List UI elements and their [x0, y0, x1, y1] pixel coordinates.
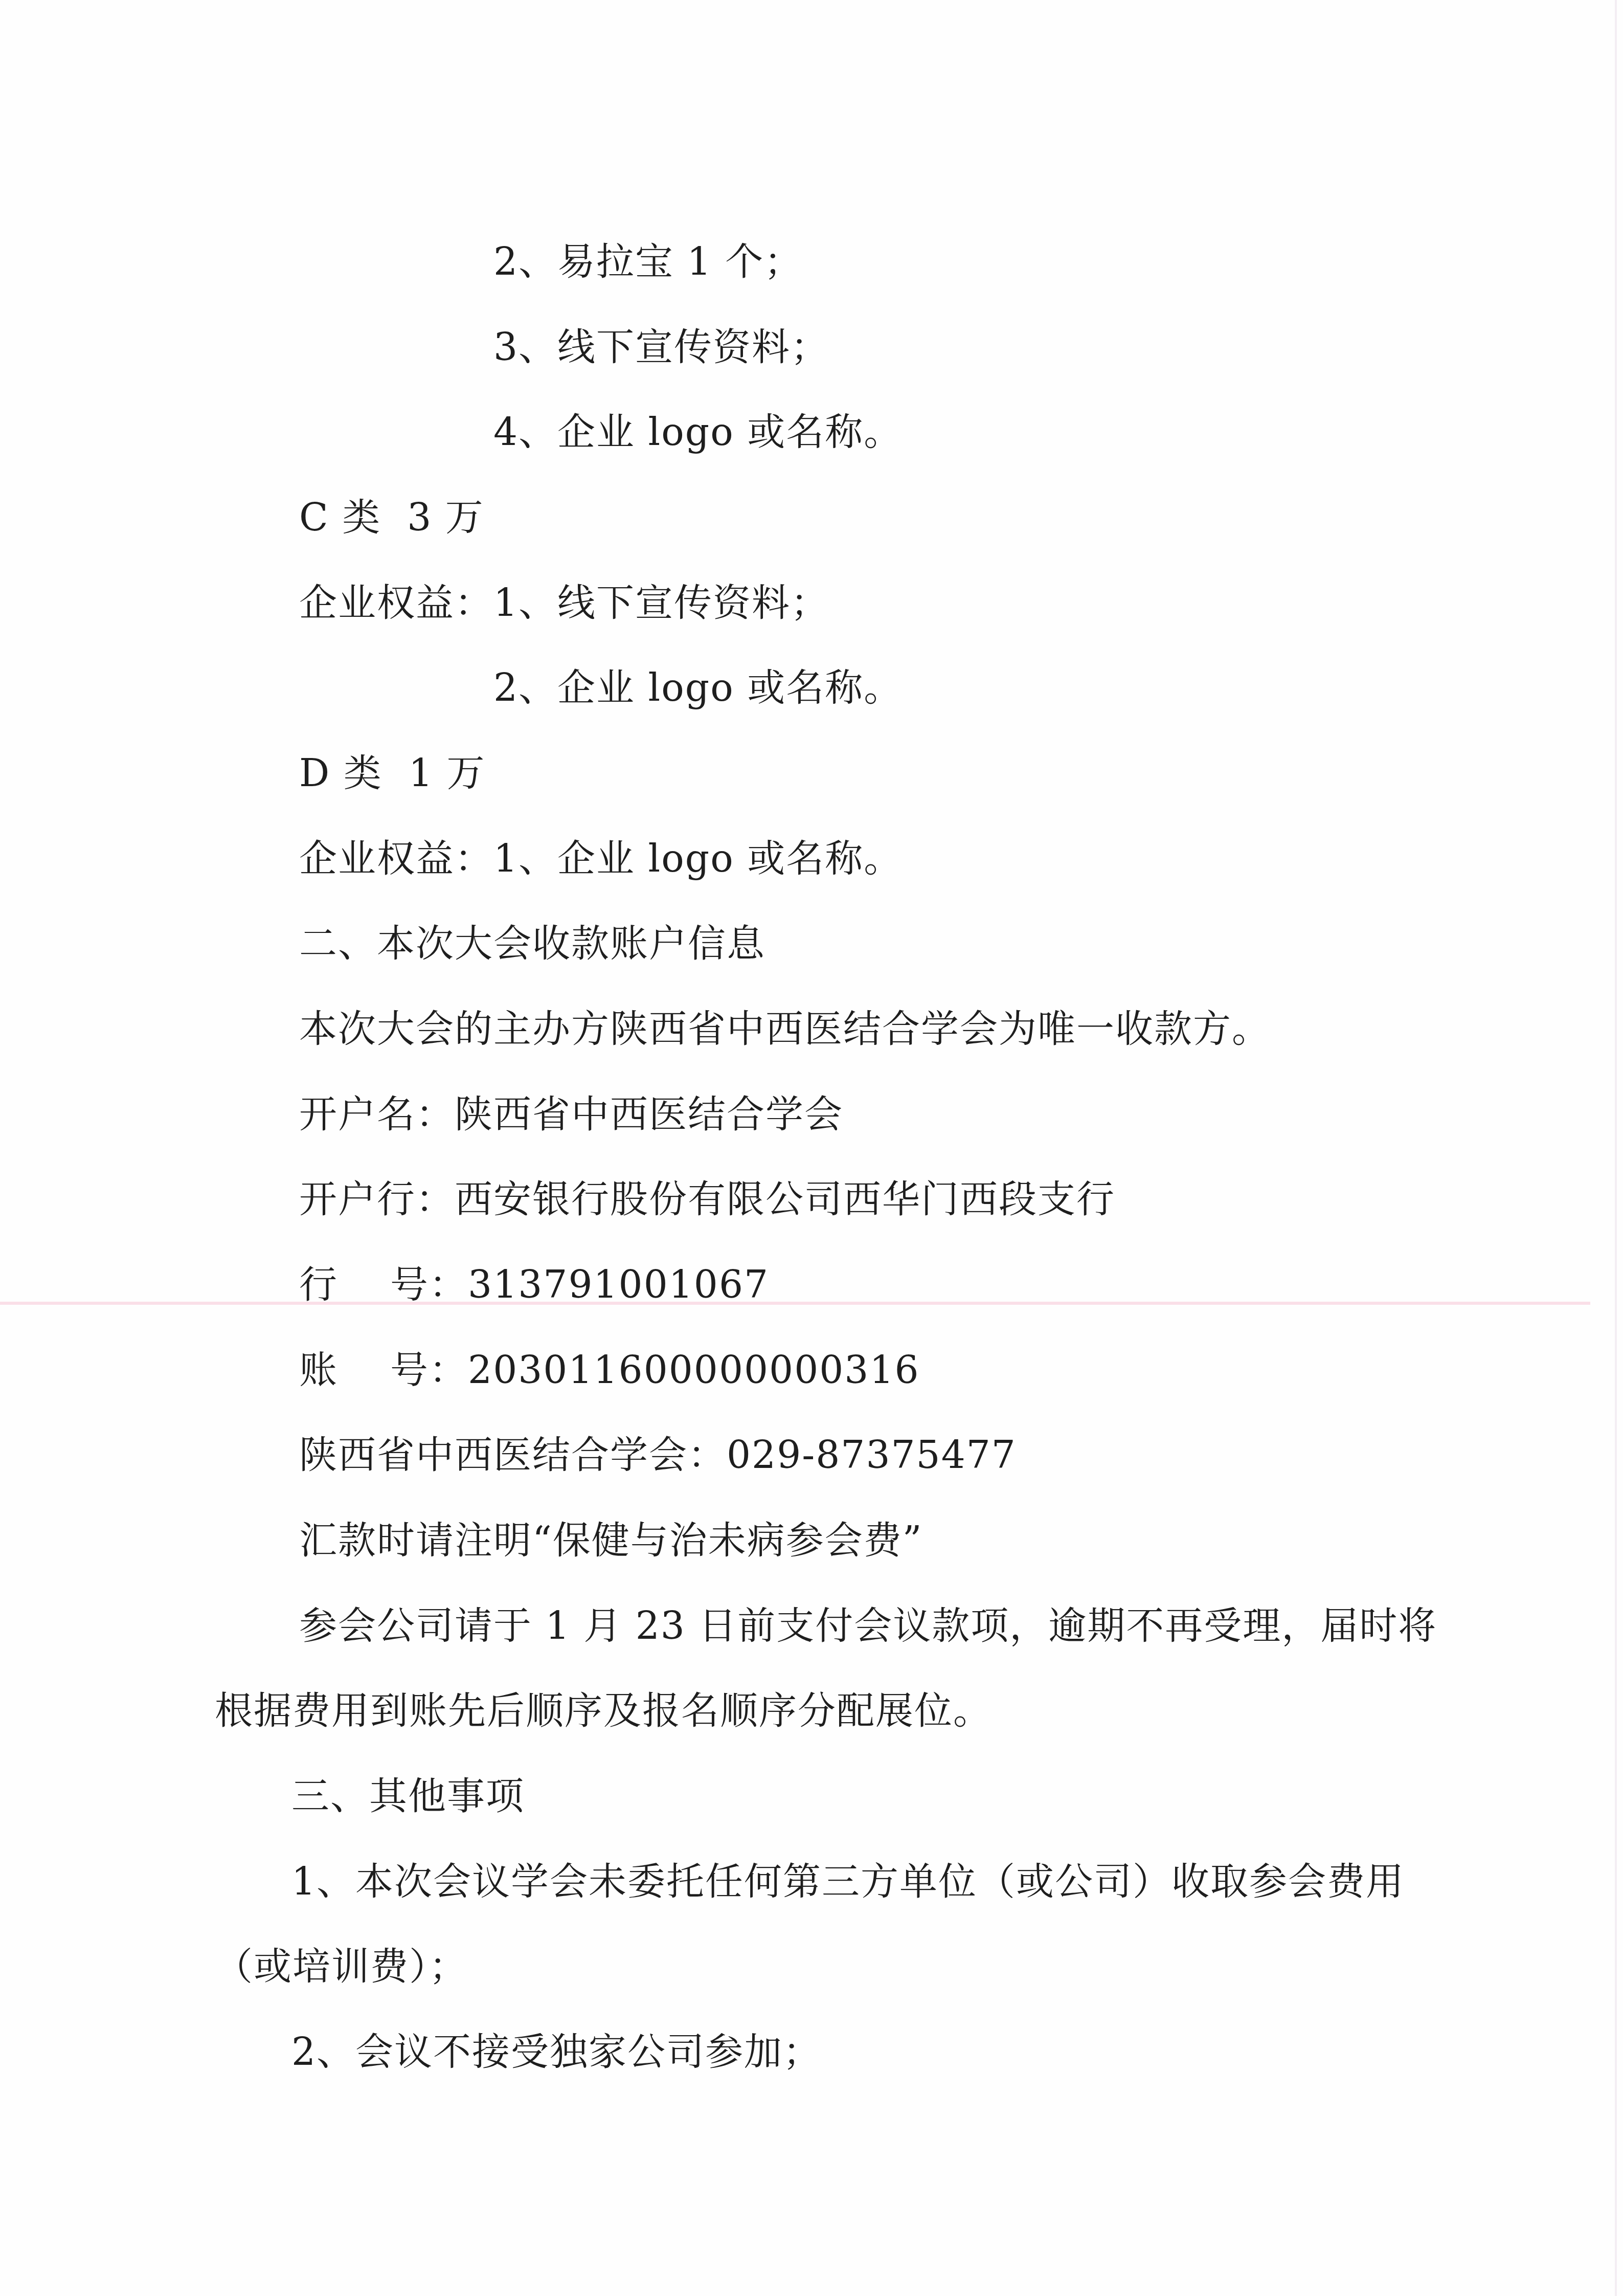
account-number: 账 号：203011600000000316 [299, 1351, 920, 1389]
tier-c-rights-2: 2、企业 logo 或名称。 [493, 669, 903, 707]
remittance-remark: 汇款时请注明“保健与治未病参会费” [299, 1522, 923, 1559]
other-item-1-line-2: （或培训费）； [215, 1948, 468, 1986]
scan-edge-line [1615, 0, 1617, 2296]
other-item-1-line-1: 1、本次会议学会未委托任何第三方单位（或公司）收取参会费用 [291, 1863, 1405, 1901]
bank-code: 行 号：313791001067 [299, 1266, 769, 1304]
account-name: 开户名：陕西省中西医结合学会 [299, 1096, 843, 1133]
list-item-rollup-banner: 2、易拉宝 1 个； [493, 243, 803, 281]
section-2-heading: 二、本次大会收款账户信息 [299, 925, 765, 963]
list-item-offline-materials: 3、线下宣传资料； [493, 328, 829, 366]
contact-phone: 陕西省中西医结合学会：029-87375477 [299, 1436, 1017, 1474]
other-item-2: 2、会议不接受独家公司参加； [291, 2033, 822, 2071]
tier-d-rights-1: 企业权益：1、企业 logo 或名称。 [299, 840, 903, 878]
scan-fold-line [0, 1302, 1590, 1305]
list-item-logo: 4、企业 logo 或名称。 [493, 413, 903, 451]
section-3-heading: 三、其他事项 [291, 1777, 525, 1815]
tier-c-title: C 类 3 万 [299, 499, 484, 537]
payment-deadline-line-1: 参会公司请于 1 月 23 日前支付会议款项，逾期不再受理，届时将 [299, 1607, 1437, 1645]
bank-name: 开户行：西安银行股份有限公司西华门西段支行 [299, 1180, 1115, 1218]
document-page: 2、易拉宝 1 个； 3、线下宣传资料； 4、企业 logo 或名称。 C 类 … [0, 0, 1623, 2296]
tier-d-title: D 类 1 万 [299, 754, 486, 792]
tier-c-rights-1: 企业权益：1、线下宣传资料； [299, 584, 829, 622]
section-2-intro: 本次大会的主办方陕西省中西医结合学会为唯一收款方。 [299, 1010, 1271, 1048]
payment-deadline-line-2: 根据费用到账先后顺序及报名顺序分配展位。 [215, 1692, 992, 1730]
